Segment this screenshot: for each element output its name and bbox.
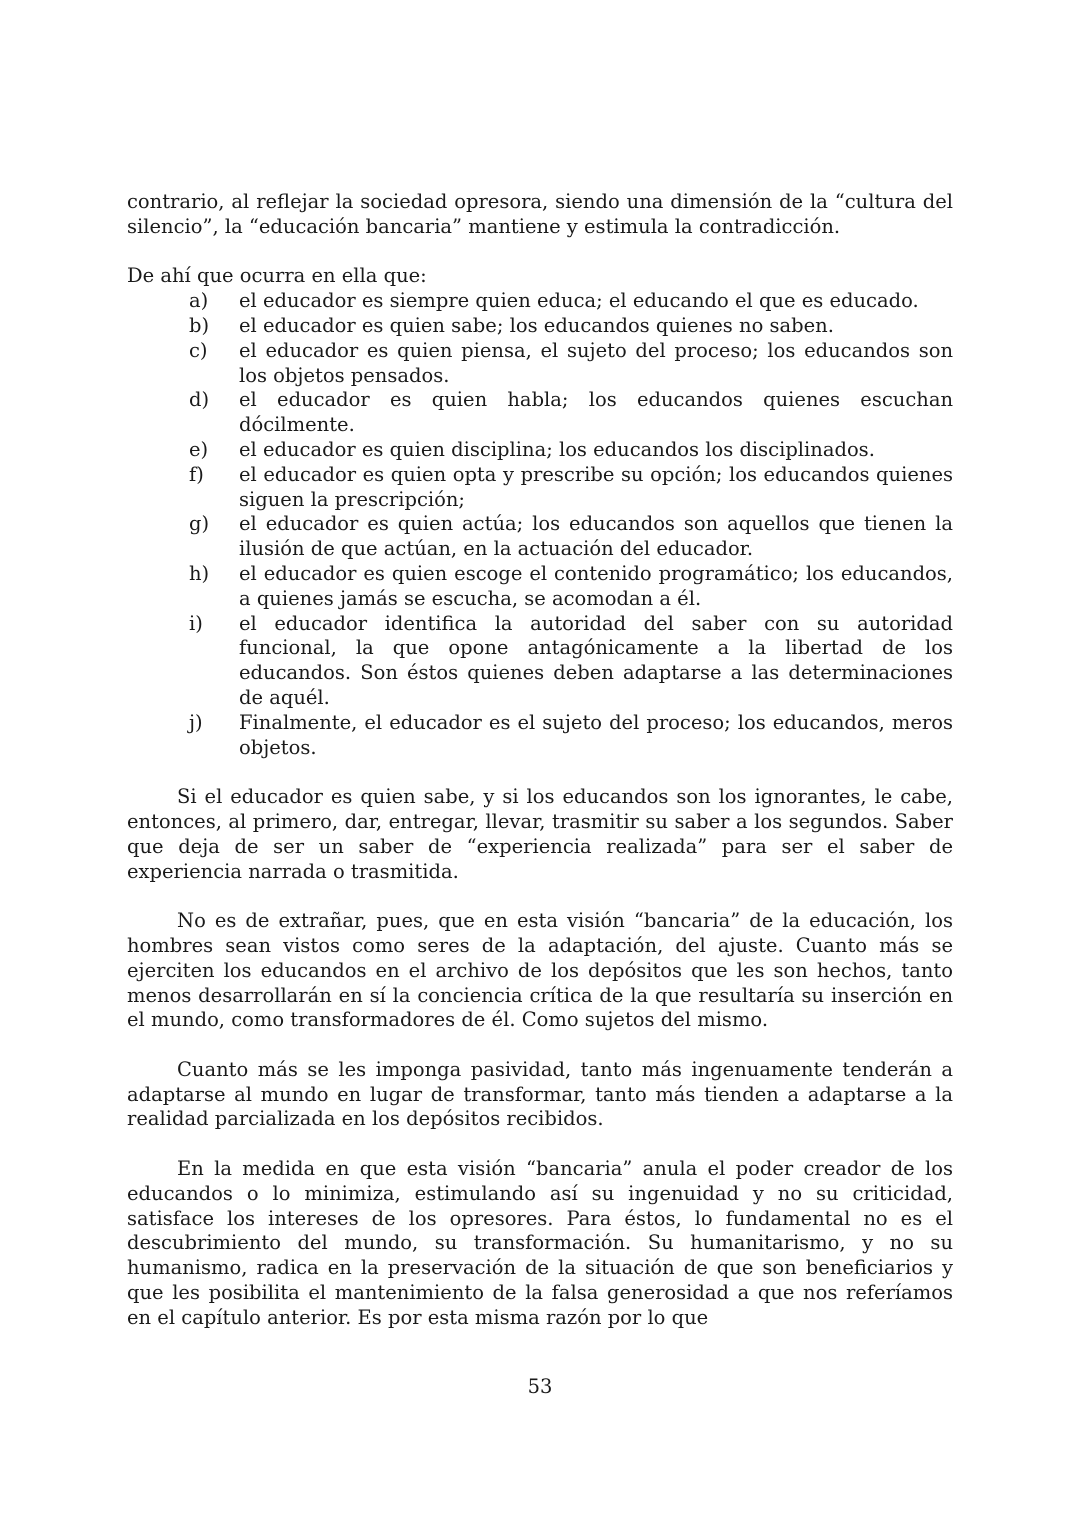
list-marker: c) <box>127 339 239 389</box>
spacer <box>127 760 953 785</box>
list-item-text: el educador es quien piensa, el sujeto d… <box>239 339 953 389</box>
list-item-text: el educador identifica la autoridad del … <box>239 612 953 711</box>
list-item: g)el educador es quien actúa; los educan… <box>127 512 953 562</box>
body-paragraph: No es de extrañar, pues, que en esta vis… <box>127 909 953 1033</box>
list-item-text: el educador es quien actúa; los educando… <box>239 512 953 562</box>
list-item: c)el educador es quien piensa, el sujeto… <box>127 339 953 389</box>
list-intro: De ahí que ocurra en ella que: <box>127 264 953 289</box>
page-number: 53 <box>0 1375 1080 1398</box>
list-item-text: Finalmente, el educador es el sujeto del… <box>239 711 953 761</box>
spacer <box>127 1132 953 1157</box>
list-marker: a) <box>127 289 239 314</box>
list-item-text: el educador es quien escoge el contenido… <box>239 562 953 612</box>
list-marker: i) <box>127 612 239 711</box>
opening-paragraph: contrario, al reflejar la sociedad opres… <box>127 190 953 240</box>
body-paragraph: Cuanto más se les imponga pasividad, tan… <box>127 1058 953 1132</box>
body-paragraph: Si el educador es quien sabe, y si los e… <box>127 785 953 884</box>
spacer <box>127 1033 953 1058</box>
list-item: b)el educador es quien sabe; los educand… <box>127 314 953 339</box>
list-item-text: el educador es quien habla; los educando… <box>239 388 953 438</box>
list-item: h)el educador es quien escoge el conteni… <box>127 562 953 612</box>
list-item-text: el educador es siempre quien educa; el e… <box>239 289 953 314</box>
list-marker: f) <box>127 463 239 513</box>
list-item: i)el educador identifica la autoridad de… <box>127 612 953 711</box>
list-marker: e) <box>127 438 239 463</box>
list-item: e)el educador es quien disciplina; los e… <box>127 438 953 463</box>
list-item-text: el educador es quien sabe; los educandos… <box>239 314 953 339</box>
list-marker: b) <box>127 314 239 339</box>
list-item: j)Finalmente, el educador es el sujeto d… <box>127 711 953 761</box>
list-marker: d) <box>127 388 239 438</box>
spacer <box>127 884 953 909</box>
list-marker: g) <box>127 512 239 562</box>
list-item: a)el educador es siempre quien educa; el… <box>127 289 953 314</box>
list-marker: j) <box>127 711 239 761</box>
list-marker: h) <box>127 562 239 612</box>
list-item: f)el educador es quien opta y prescribe … <box>127 463 953 513</box>
body-paragraph: En la medida en que esta visión “bancari… <box>127 1157 953 1331</box>
spacer <box>127 240 953 265</box>
list-item-text: el educador es quien disciplina; los edu… <box>239 438 953 463</box>
list-item-text: el educador es quien opta y prescribe su… <box>239 463 953 513</box>
document-page: contrario, al reflejar la sociedad opres… <box>127 190 953 1331</box>
list-item: d)el educador es quien habla; los educan… <box>127 388 953 438</box>
lettered-list: a)el educador es siempre quien educa; el… <box>127 289 953 760</box>
